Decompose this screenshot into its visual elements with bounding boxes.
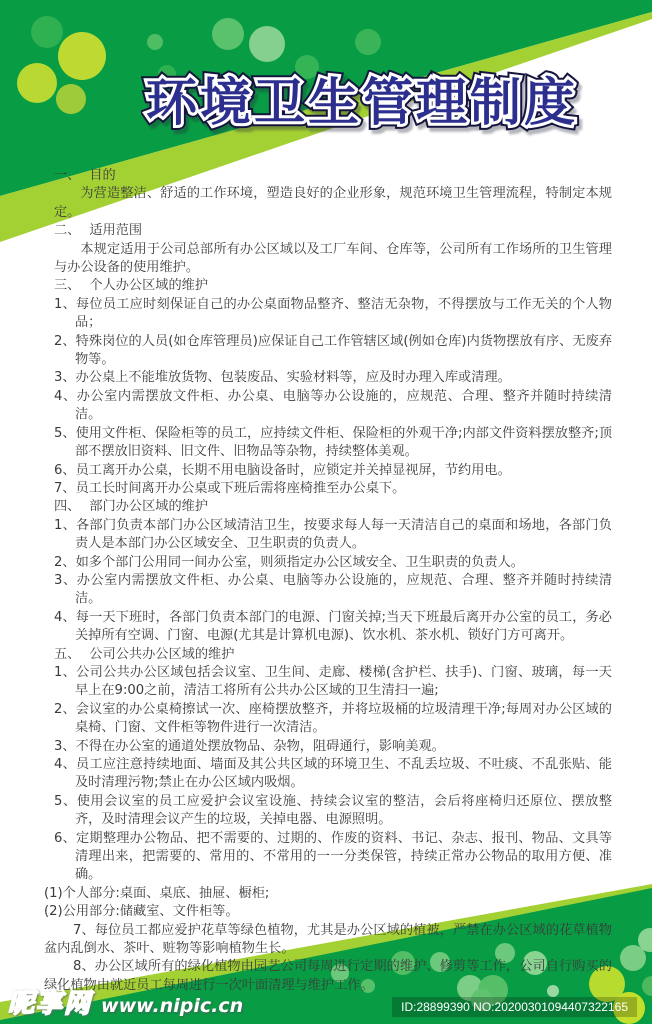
paragraph: 本规定适用于公司总部所有办公区域以及工厂车间、仓库等，公司所有工作场所的卫生管理… (54, 241, 612, 278)
item-number: 1、 (54, 665, 76, 680)
paragraph: (2)公用部分:储藏室、文件柜等。 (44, 903, 612, 921)
item-number: 2、 (54, 555, 76, 570)
item-number: 1、 (54, 297, 76, 312)
watermark-logo: 昵享网 (8, 983, 92, 1020)
item-number: 3、 (54, 370, 76, 385)
stock-id-badge: ID:28899390 NO:20200301094407322165 (392, 997, 637, 1017)
decor-circle (56, 84, 86, 114)
poster-page: 环境卫生管理制度 环境卫生管理制度 环境卫生管理制度 一、目的为营造整洁、舒适的… (0, 0, 652, 1024)
section-title: 部门办公区域的维护 (89, 499, 208, 514)
section-heading: 五、公司公共办公区域的维护 (54, 646, 612, 664)
section-title: 适用范围 (89, 223, 142, 238)
decor-circle (147, 34, 163, 50)
list-item: 1、每位员工应时刻保证自己的办公桌面物品整齐、整洁无杂物，不得摆放与工作无关的个… (54, 296, 612, 333)
list-item: 3、办公桌上不能堆放货物、包装废品、实验材料等，应及时办理入库或清理。 (54, 369, 612, 387)
section-heading: 四、部门办公区域的维护 (54, 498, 612, 516)
decor-circle (17, 63, 57, 103)
section-heading: 一、目的 (54, 167, 612, 185)
section-title: 公司公共办公区域的维护 (89, 647, 234, 662)
list-item: 4、员工应注意持续地面、墙面及其公共区域的环境卫生、不乱丢垃圾、不吐痰、不乱张贴… (54, 756, 612, 793)
paragraph: 为营造整洁、舒适的工作环境，塑造良好的企业形象，规范环境卫生管理流程，特制定本规… (54, 185, 612, 222)
poster-title: 环境卫生管理制度 环境卫生管理制度 环境卫生管理制度 (146, 68, 616, 148)
section-number: 四、 (54, 499, 80, 514)
watermark: 昵享网 www.nipic.cn (8, 983, 243, 1020)
list-item: 3、不得在办公室的通道处摆放物品、杂物，阻碍通行，影响美观。 (54, 738, 612, 756)
section-number: 五、 (54, 647, 80, 662)
watermark-url: www.nipic.cn (101, 995, 243, 1017)
item-number: 6、 (54, 831, 76, 846)
item-number: 7、 (54, 481, 76, 496)
list-item: 4、办公室内需摆放文件柜、办公桌、电脑等办公设施的，应规范、合理、整齐并随时持续… (54, 388, 612, 425)
decor-circle (31, 16, 63, 48)
item-number: 5、 (54, 426, 76, 441)
item-number: 3、 (54, 739, 76, 754)
decor-circle (249, 26, 285, 62)
item-number: 5、 (54, 794, 77, 809)
list-item: 7、员工长时间离开办公桌或下班后需将座椅推至办公桌下。 (54, 480, 612, 498)
list-item: 2、特殊岗位的人员(如仓库管理员)应保证自己工作管辖区域(例如仓库)内货物摆放有… (54, 333, 612, 370)
list-item: 3、办公室内需摆放文件柜、办公桌、电脑等办公设施的，应规范、合理、整齐并随时持续… (54, 572, 612, 609)
section-number: 三、 (54, 278, 80, 293)
section-heading: 二、适用范围 (54, 222, 612, 240)
decor-circle (212, 18, 244, 50)
item-number: 2、 (54, 334, 76, 349)
section-heading: 三、个人办公区域的维护 (54, 277, 612, 295)
item-number: 4、 (54, 757, 76, 772)
list-item: 4、每一天下班时，各部门负责本部门的电源、门窗关掉;当天下班最后离开办公室的员工… (54, 609, 612, 646)
list-item: 2、如多个部门公用同一间办公室，则须指定办公区域安全、卫生职责的负责人。 (54, 554, 612, 572)
decor-circle (58, 32, 106, 80)
section-title: 目的 (89, 168, 115, 183)
list-item: 6、员工离开办公桌，长期不用电脑设备时，应锁定并关掉显视屏，节约用电。 (54, 462, 612, 480)
list-item: 6、定期整理办公物品、把不需要的、过期的、作废的资料、书记、杂志、报刊、物品、文… (54, 830, 612, 885)
section-number: 一、 (54, 168, 80, 183)
item-number: 3、 (54, 573, 77, 588)
paragraph: 7、每位员工都应爱护花草等绿色植物，尤其是办公区域的植被，严禁在办公区域的花草植… (44, 922, 612, 959)
item-number: 2、 (54, 702, 76, 717)
item-number: 4、 (54, 610, 76, 625)
list-item: 5、使用会议室的员工应爱护会议室设施、持续会议室的整洁，会后将座椅归还原位、摆放… (54, 793, 612, 830)
item-number: 1、 (54, 518, 76, 533)
section-title: 个人办公区域的维护 (89, 278, 208, 293)
decor-circle (355, 29, 381, 55)
poster-title-text: 环境卫生管理制度 (146, 68, 578, 140)
list-item: 1、各部门负责本部门办公区域清洁卫生，按要求每人每一天清洁自己的桌面和场地，各部… (54, 517, 612, 554)
list-item: 2、会议室的办公桌椅擦试一次、座椅摆放整齐，并将垃圾桶的垃圾清理干净;每周对办公… (54, 701, 612, 738)
item-number: 6、 (54, 463, 76, 478)
document-body: 一、目的为营造整洁、舒适的工作环境，塑造良好的企业形象，规范环境卫生管理流程，特… (44, 167, 612, 995)
section-number: 二、 (54, 223, 80, 238)
paragraph: (1)个人部分:桌面、桌底、抽屉、橱柜; (44, 885, 612, 903)
list-item: 5、使用文件柜、保险柜等的员工，应持续文件柜、保险柜的外观干净;内部文件资料摆放… (54, 425, 612, 462)
item-number: 4、 (54, 389, 77, 404)
list-item: 1、公司公共办公区域包括会议室、卫生间、走廊、楼梯(含护栏、扶手)、门窗、玻璃，… (54, 664, 612, 701)
